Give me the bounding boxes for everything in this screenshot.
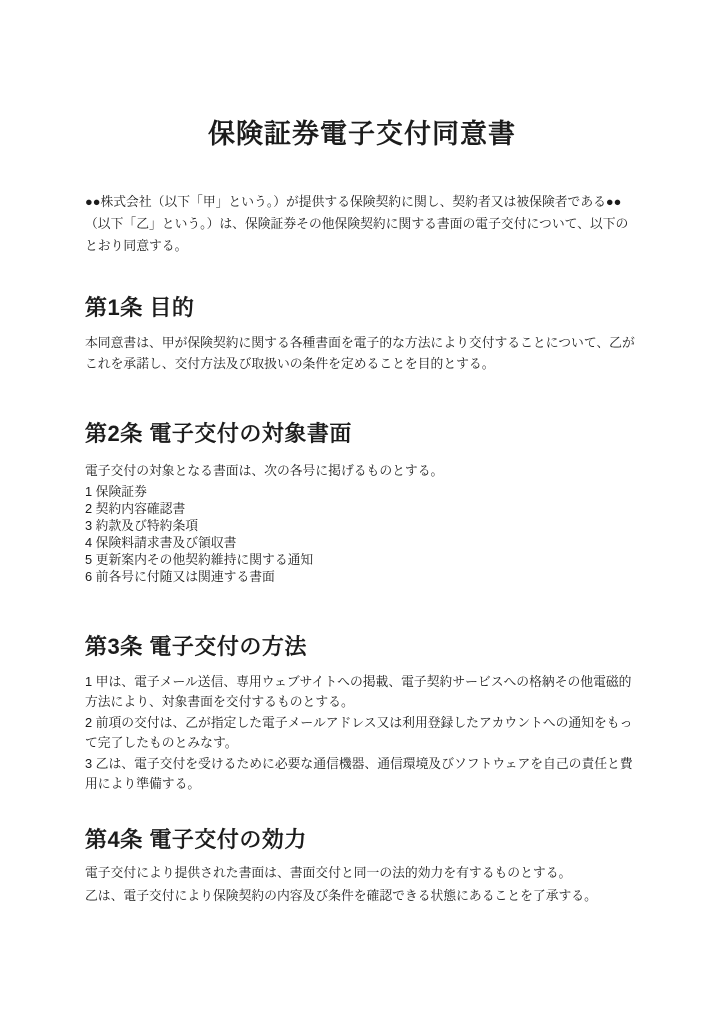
list-item-related-documents: 6 前各号に付随又は関連する書面 <box>85 568 640 585</box>
article-3-clause-2: 2 前項の交付は、乙が指定した電子メールアドレス又は利用登録したアカウントへの通… <box>85 713 640 753</box>
list-item-premium-invoice-receipt: 4 保険料請求書及び領収書 <box>85 534 640 551</box>
article-4-legal-effect: 第4条 電子交付の効力 電子交付により提供された書面は、書面交付と同一の法的効力… <box>85 826 640 907</box>
article-3-delivery-method: 第3条 電子交付の方法 1 甲は、電子メール送信、専用ウェブサイトへの掲載、電子… <box>85 633 640 794</box>
article-1-purpose: 第1条 目的 本同意書は、甲が保険契約に関する各種書面を電子的な方法により交付す… <box>85 294 640 374</box>
intro-paragraph: ●●株式会社（以下「甲」という。）が提供する保険契約に関し、契約者又は被保険者で… <box>85 191 640 257</box>
article-3-clause-1: 1 甲は、電子メール送信、専用ウェブサイトへの掲載、電子契約サービスへの格納その… <box>85 672 640 712</box>
article-4-clause-2: 乙は、電子交付により保険契約の内容及び条件を確認できる状態にあることを了承する。 <box>85 885 640 907</box>
article-4-heading: 第4条 電子交付の効力 <box>85 826 640 854</box>
article-3-heading: 第3条 電子交付の方法 <box>85 633 640 661</box>
article-2-heading: 第2条 電子交付の対象書面 <box>85 420 640 448</box>
article-2-lead: 電子交付の対象となる書面は、次の各号に掲げるものとする。 <box>85 462 640 479</box>
list-item-terms-riders: 3 約款及び特約条項 <box>85 517 640 534</box>
article-2-target-documents: 第2条 電子交付の対象書面 電子交付の対象となる書面は、次の各号に掲げるものとす… <box>85 420 640 585</box>
document-page: 保険証券電子交付同意書 ●●株式会社（以下「甲」という。）が提供する保険契約に関… <box>0 0 724 1024</box>
article-4-clause-1: 電子交付により提供された書面は、書面交付と同一の法的効力を有するものとする。 <box>85 862 640 884</box>
document-title: 保険証券電子交付同意書 <box>0 117 724 151</box>
document-type-list: 1 保険証券 2 契約内容確認書 3 約款及び特約条項 4 保険料請求書及び領収… <box>85 483 640 585</box>
list-item-contract-confirmation: 2 契約内容確認書 <box>85 500 640 517</box>
list-item-policy: 1 保険証券 <box>85 483 640 500</box>
article-1-paragraph: 本同意書は、甲が保険契約に関する各種書面を電子的な方法により交付することについて… <box>85 332 640 374</box>
article-3-clause-3: 3 乙は、電子交付を受けるために必要な通信機器、通信環境及びソフトウェアを自己の… <box>85 754 640 794</box>
list-item-renewal-notices: 5 更新案内その他契約維持に関する通知 <box>85 551 640 568</box>
article-1-heading: 第1条 目的 <box>85 294 640 322</box>
